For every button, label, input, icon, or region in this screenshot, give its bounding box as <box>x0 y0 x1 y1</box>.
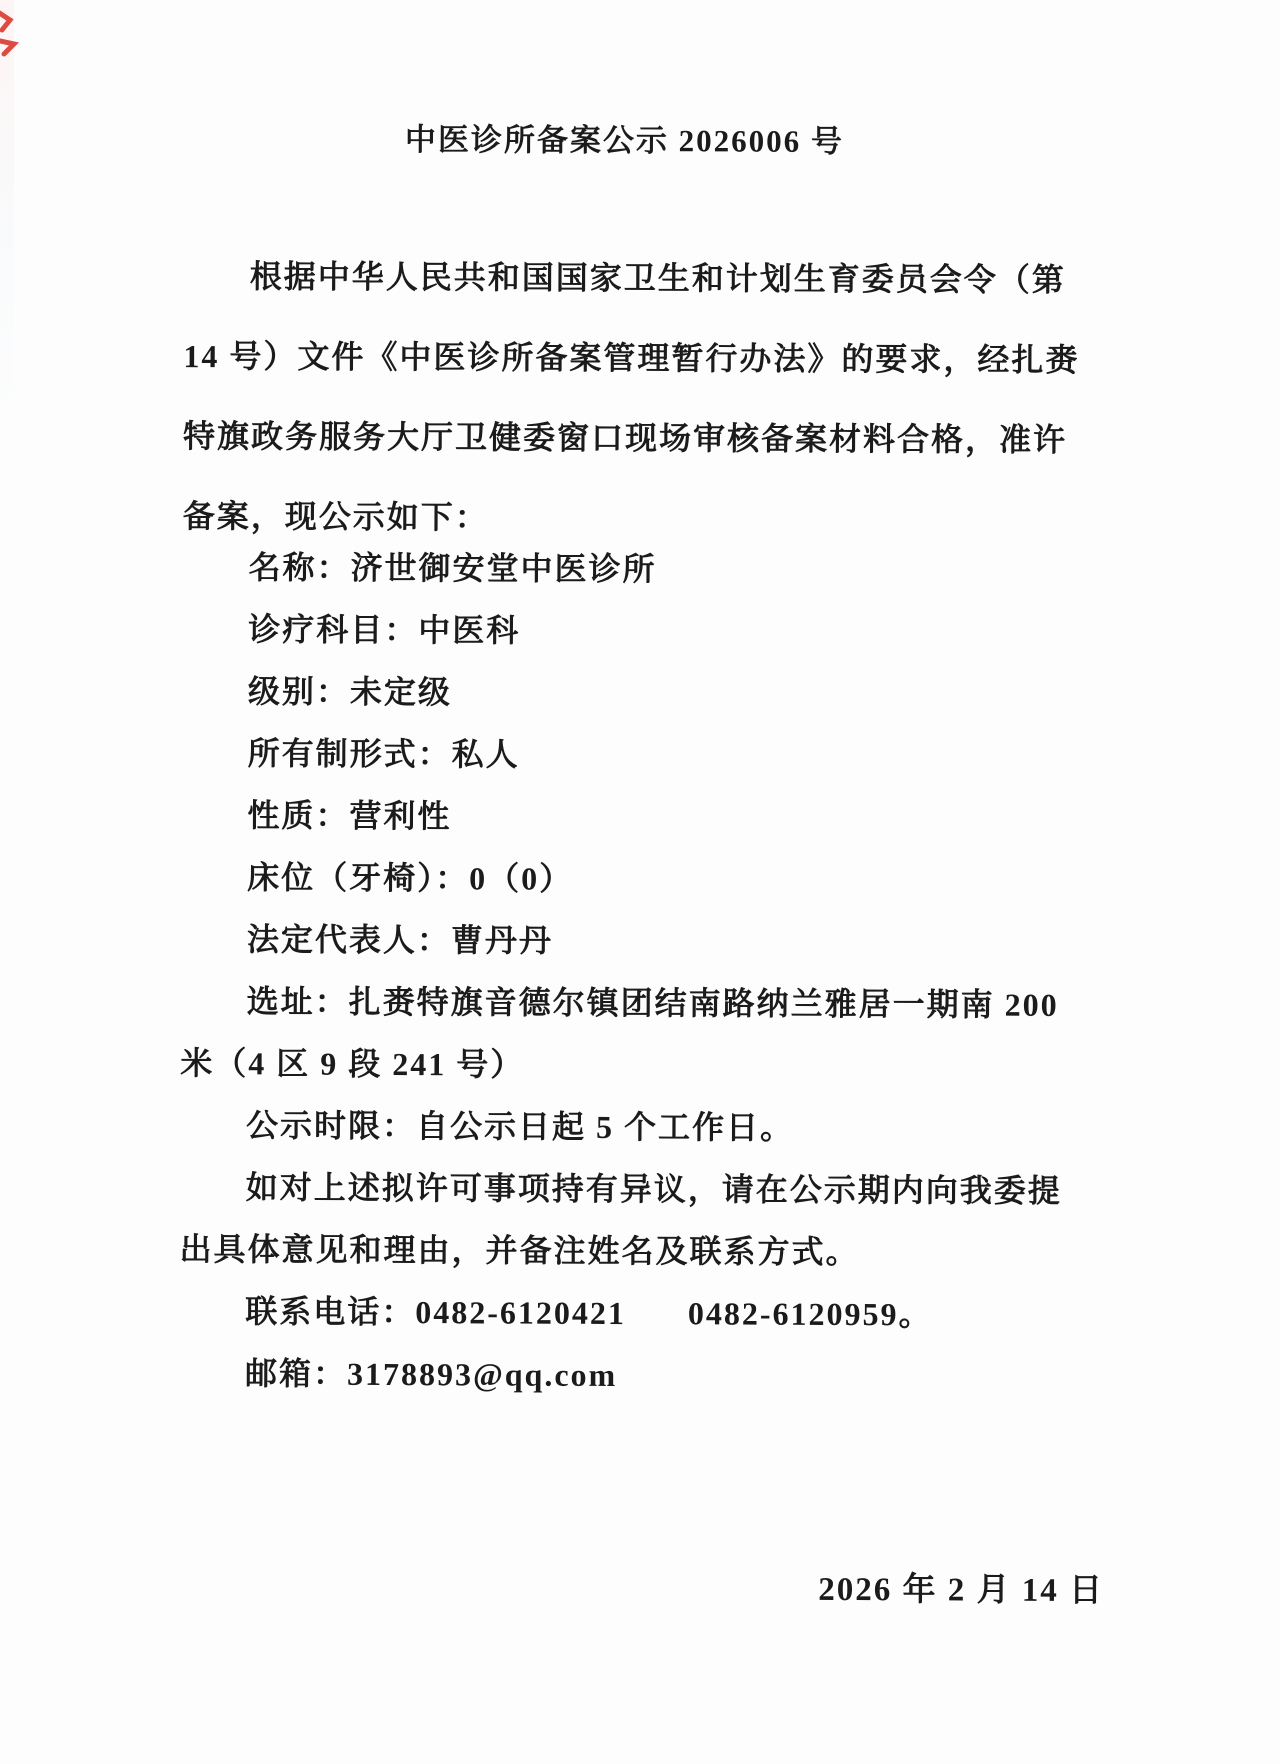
filing-item-name: 名称：济世御安堂中医诊所 <box>182 536 1062 602</box>
filing-detail-list: 名称：济世御安堂中医诊所 诊疗科目：中医科 级别：未定级 所有制形式：私人 性质… <box>181 536 1063 974</box>
notice-document: 中医诊所备案公示 2026006 号 根据中华人民共和国国家卫生和计划生育委员会… <box>178 0 1065 1622</box>
address-line: 选址：扎赉特旗音德尔镇团结南路纳兰雅居一期南 200 <box>180 970 1060 1036</box>
filing-item-representative: 法定代表人：曹丹丹 <box>181 908 1061 974</box>
issue-date: 2026 年 2 月 14 日 <box>224 1556 1104 1622</box>
objection-line: 出具体意见和理由，并备注姓名及联系方式。 <box>179 1218 1059 1284</box>
contact-phone-2: 0482-6120959。 <box>688 1295 933 1332</box>
filing-item-beds: 床位（牙椅）：0（0） <box>181 846 1061 912</box>
publicity-duration: 公示时限：自公示日起 5 个工作日。 <box>180 1094 1060 1160</box>
intro-paragraph: 根据中华人民共和国国家卫生和计划生育委员会令（第 14 号）文件《中医诊所备案管… <box>183 236 1064 560</box>
contact-email-line: 邮箱：3178893@qq.com <box>179 1342 1059 1408</box>
contact-phone-line: 联系电话：0482-61204210482-6120959。 <box>179 1280 1059 1346</box>
filing-item-departments: 诊疗科目：中医科 <box>182 598 1062 664</box>
scan-edge-artifact <box>0 0 14 420</box>
filing-item-ownership: 所有制形式：私人 <box>182 722 1062 788</box>
intro-line: 根据中华人民共和国国家卫生和计划生育委员会令（第 <box>184 236 1064 320</box>
red-pen-mark <box>0 6 30 58</box>
contact-phone-label: 联系电话： <box>245 1293 415 1330</box>
filing-item-nature: 性质：营利性 <box>181 784 1061 850</box>
objection-line: 如对上述拟许可事项持有异议，请在公示期内向我委提 <box>180 1156 1060 1222</box>
intro-line: 14 号）文件《中医诊所备案管理暂行办法》的要求，经扎赉 <box>183 316 1063 400</box>
page-title: 中医诊所备案公示 2026006 号 <box>184 0 1065 166</box>
contact-phone-1: 0482-6120421 <box>415 1294 626 1331</box>
intro-line: 特旗政务服务大厅卫健委窗口现场审核备案材料合格，准许 <box>183 396 1063 480</box>
notice-body: 选址：扎赉特旗音德尔镇团结南路纳兰雅居一期南 200 米（4 区 9 段 241… <box>179 970 1061 1408</box>
address-line: 米（4 区 9 段 241 号） <box>180 1032 1060 1098</box>
filing-item-level: 级别：未定级 <box>182 660 1062 726</box>
